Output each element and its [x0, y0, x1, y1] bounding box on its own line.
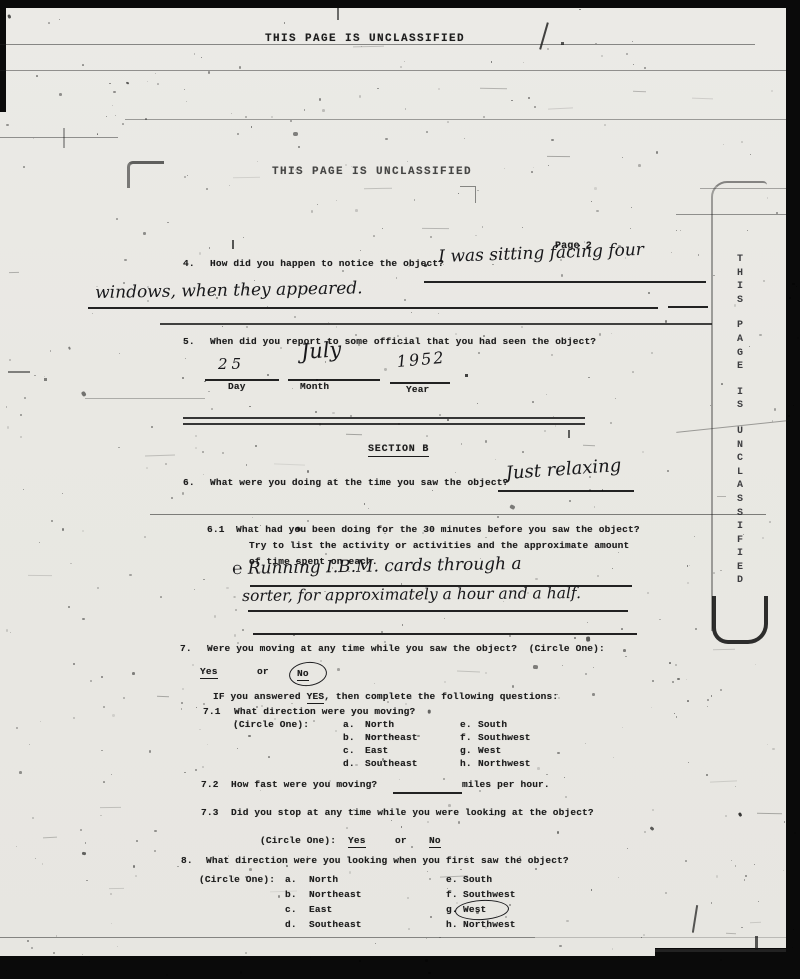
q5-year-label: Year — [406, 384, 429, 395]
artifact-line — [125, 119, 786, 120]
stray-mark — [692, 905, 698, 933]
stray-mark — [539, 22, 549, 49]
option-letter: h. — [460, 758, 478, 769]
q8-option-row: b.Northeastf.Southwest — [285, 889, 516, 900]
classification-stamp-top: THIS PAGE IS UNCLASSIFIED — [265, 33, 465, 45]
stamp-letter: D — [737, 574, 743, 588]
artifact-line — [150, 514, 766, 515]
stray-mark — [337, 8, 339, 20]
stamp-letter: F — [737, 534, 743, 548]
q5-month-value: July — [300, 337, 342, 364]
stray-mark — [755, 936, 758, 950]
artifact-line — [160, 323, 712, 325]
scan-edge-bottom-right — [655, 948, 800, 979]
q6-number: 6. — [183, 477, 195, 488]
option-letter: b. — [285, 889, 309, 900]
q7-1-circle-one-label: (Circle One): — [233, 719, 309, 730]
stamp-letter: S — [737, 493, 743, 507]
q7-2-suffix: miles per hour. — [462, 779, 550, 790]
artifact-line — [535, 937, 786, 938]
q7-1-option-row: a.Northe.South — [343, 719, 507, 730]
q4-number: 4. — [183, 258, 195, 269]
q7-1-option-row: d.Southeasth.Northwest — [343, 758, 531, 769]
option-label: Northeast — [309, 889, 446, 900]
classification-stamp-inner: THIS PAGE IS UNCLASSIFIED — [272, 166, 472, 178]
stray-mark — [44, 378, 47, 381]
noise-layer — [0, 0, 800, 979]
stamp-letter: C — [737, 452, 743, 466]
q4-answer-handwriting-1: I was sitting facing four — [438, 240, 644, 267]
option-label: Northwest — [478, 758, 531, 769]
option-letter: e. — [460, 719, 478, 730]
stamp-letter: I — [737, 547, 743, 561]
option-letter: a. — [343, 719, 365, 730]
q4-text: How did you happen to notice the object? — [210, 258, 444, 269]
option-label: Southwest — [463, 889, 516, 900]
q7-1-option-row: c.Eastg.West — [343, 745, 501, 756]
q7-3-text: Did you stop at any time while you were … — [231, 807, 594, 818]
q7-2-text: How fast were you moving? — [231, 779, 377, 790]
answer-underline — [498, 490, 634, 492]
option-label: Southeast — [309, 919, 446, 930]
stamp-letter: E — [737, 360, 743, 374]
margin-bracket-bottom — [712, 596, 768, 644]
stamp-letter: S — [737, 507, 743, 521]
page-corner-mark — [127, 161, 164, 188]
stray-mark — [8, 371, 30, 373]
option-letter: d. — [343, 758, 365, 769]
stray-mark — [63, 128, 65, 148]
section-b-heading: SECTION B — [368, 444, 429, 457]
q5-text: When did you report to some official tha… — [210, 336, 596, 347]
option-label: North — [309, 874, 446, 885]
stamp-letter: G — [737, 347, 743, 361]
q7-if-pre: IF you answered — [213, 691, 307, 702]
option-letter: e. — [446, 874, 463, 885]
scan-edge-top — [0, 0, 800, 8]
option-letter: f. — [446, 889, 463, 900]
option-letter: g. — [460, 745, 478, 756]
q6-answer-handwriting: Just relaxing — [505, 455, 622, 484]
stamp-letter: P — [737, 319, 743, 333]
stamp-letter: T — [737, 253, 743, 267]
option-letter: c. — [285, 904, 309, 915]
artifact-line — [85, 398, 205, 399]
answer-underline — [88, 307, 658, 309]
option-label: South — [478, 719, 507, 730]
q4-answer-handwriting-2: windows, when they appeared. — [95, 278, 363, 303]
q7-if-yes: YES — [307, 691, 325, 704]
option-label: South — [463, 874, 492, 885]
q5-day-label: Day — [228, 381, 246, 392]
option-label: North — [365, 719, 460, 730]
option-label: Southeast — [365, 758, 460, 769]
q7-if-post: , then complete the following questions: — [324, 691, 558, 702]
q7-3-option-no: No — [429, 835, 441, 848]
option-letter: d. — [285, 919, 309, 930]
q8-circle-one-label: (Circle One): — [199, 874, 275, 885]
stamp-letter: I — [737, 280, 743, 294]
q8-option-row: d.Southeasth.Northwest — [285, 919, 516, 930]
artifact-line — [0, 937, 535, 938]
section-divider-rule — [183, 417, 585, 419]
q7-1-text: What direction were you moving? — [234, 706, 415, 717]
q5-year-value: 1952 — [396, 348, 446, 371]
stamp-letter: H — [737, 267, 743, 281]
q7-3-number: 7.3 — [201, 807, 219, 818]
answer-underline — [424, 281, 706, 283]
q7-1-number: 7.1 — [203, 706, 221, 717]
q6-1-text-line2: Try to list the activity or activities a… — [249, 540, 629, 551]
q6-text: What were you doing at the time you saw … — [210, 477, 508, 488]
stamp-letter: E — [737, 561, 743, 575]
option-label: Northeast — [365, 732, 460, 743]
answer-underline — [668, 306, 708, 308]
section-divider-rule — [183, 423, 585, 425]
q7-option-yes: Yes — [200, 666, 218, 679]
option-label: Northwest — [463, 919, 516, 930]
artifact-line — [0, 137, 118, 138]
q7-text: Were you moving at any time while you sa… — [207, 643, 605, 654]
q7-2-blank-line — [393, 792, 462, 794]
scan-edge-right — [786, 0, 800, 979]
stamp-letter: A — [737, 479, 743, 493]
option-letter: b. — [343, 732, 365, 743]
classification-stamp-vertical: THISPAGEISUNCLASSIFIED — [733, 253, 747, 588]
q8-text: What direction were you looking when you… — [206, 855, 569, 866]
q7-1-option-row: b.Northeastf.Southwest — [343, 732, 531, 743]
stray-mark — [568, 430, 570, 438]
option-label: West — [478, 745, 501, 756]
q6-1-number: 6.1 — [207, 524, 225, 535]
artifact-line — [655, 949, 786, 952]
option-label: East — [309, 904, 446, 915]
q8-option-row: a.Northe.South — [285, 874, 492, 885]
q7-2-number: 7.2 — [201, 779, 219, 790]
stamp-letter: L — [737, 466, 743, 480]
q7-3-option-or: or — [395, 835, 407, 846]
stamp-letter: A — [737, 333, 743, 347]
artifact-line — [0, 70, 786, 71]
q7-3-option-yes: Yes — [348, 835, 366, 848]
q6-1-answer-handwriting-2: sorter, for approximately a hour and a h… — [242, 584, 581, 605]
q5-day-value: 25 — [218, 355, 245, 373]
q7-3-circle-one-label: (Circle One): — [260, 835, 336, 846]
q5-month-label: Month — [300, 381, 329, 392]
q7-if-instruction: IF you answered YES, then complete the f… — [213, 691, 558, 702]
stamp-letter: N — [737, 439, 743, 453]
stray-mark — [561, 42, 564, 45]
stray-mark — [465, 374, 468, 377]
q6-1-text-line1: What had you been doing for the 30 minut… — [236, 524, 640, 535]
q7-number: 7. — [180, 643, 192, 654]
scan-edge-left — [0, 0, 6, 112]
stamp-letter: U — [737, 425, 743, 439]
stray-mark — [232, 240, 234, 249]
answer-underline — [248, 610, 628, 612]
option-letter: a. — [285, 874, 309, 885]
option-letter: f. — [460, 732, 478, 743]
stamp-letter: I — [737, 520, 743, 534]
stamp-letter: S — [737, 294, 743, 308]
option-label: East — [365, 745, 460, 756]
q7-option-or: or — [257, 666, 269, 677]
q7-no-circle-annotation — [288, 660, 328, 688]
page-corner-mark — [460, 186, 476, 203]
scanned-document-page: THIS PAGE IS UNCLASSIFIED THIS PAGE IS U… — [0, 0, 800, 979]
stamp-letter: S — [737, 399, 743, 413]
stamp-letter: I — [737, 386, 743, 400]
option-letter: c. — [343, 745, 365, 756]
q5-number: 5. — [183, 336, 195, 347]
q8-number: 8. — [181, 855, 193, 866]
option-letter: h. — [446, 919, 463, 930]
answer-underline — [253, 633, 637, 635]
option-label: Southwest — [478, 732, 531, 743]
q6-1-answer-handwriting-1: ℮ Running I.B.M. cards through a — [232, 554, 522, 579]
q8-west-circle-annotation — [455, 899, 510, 922]
